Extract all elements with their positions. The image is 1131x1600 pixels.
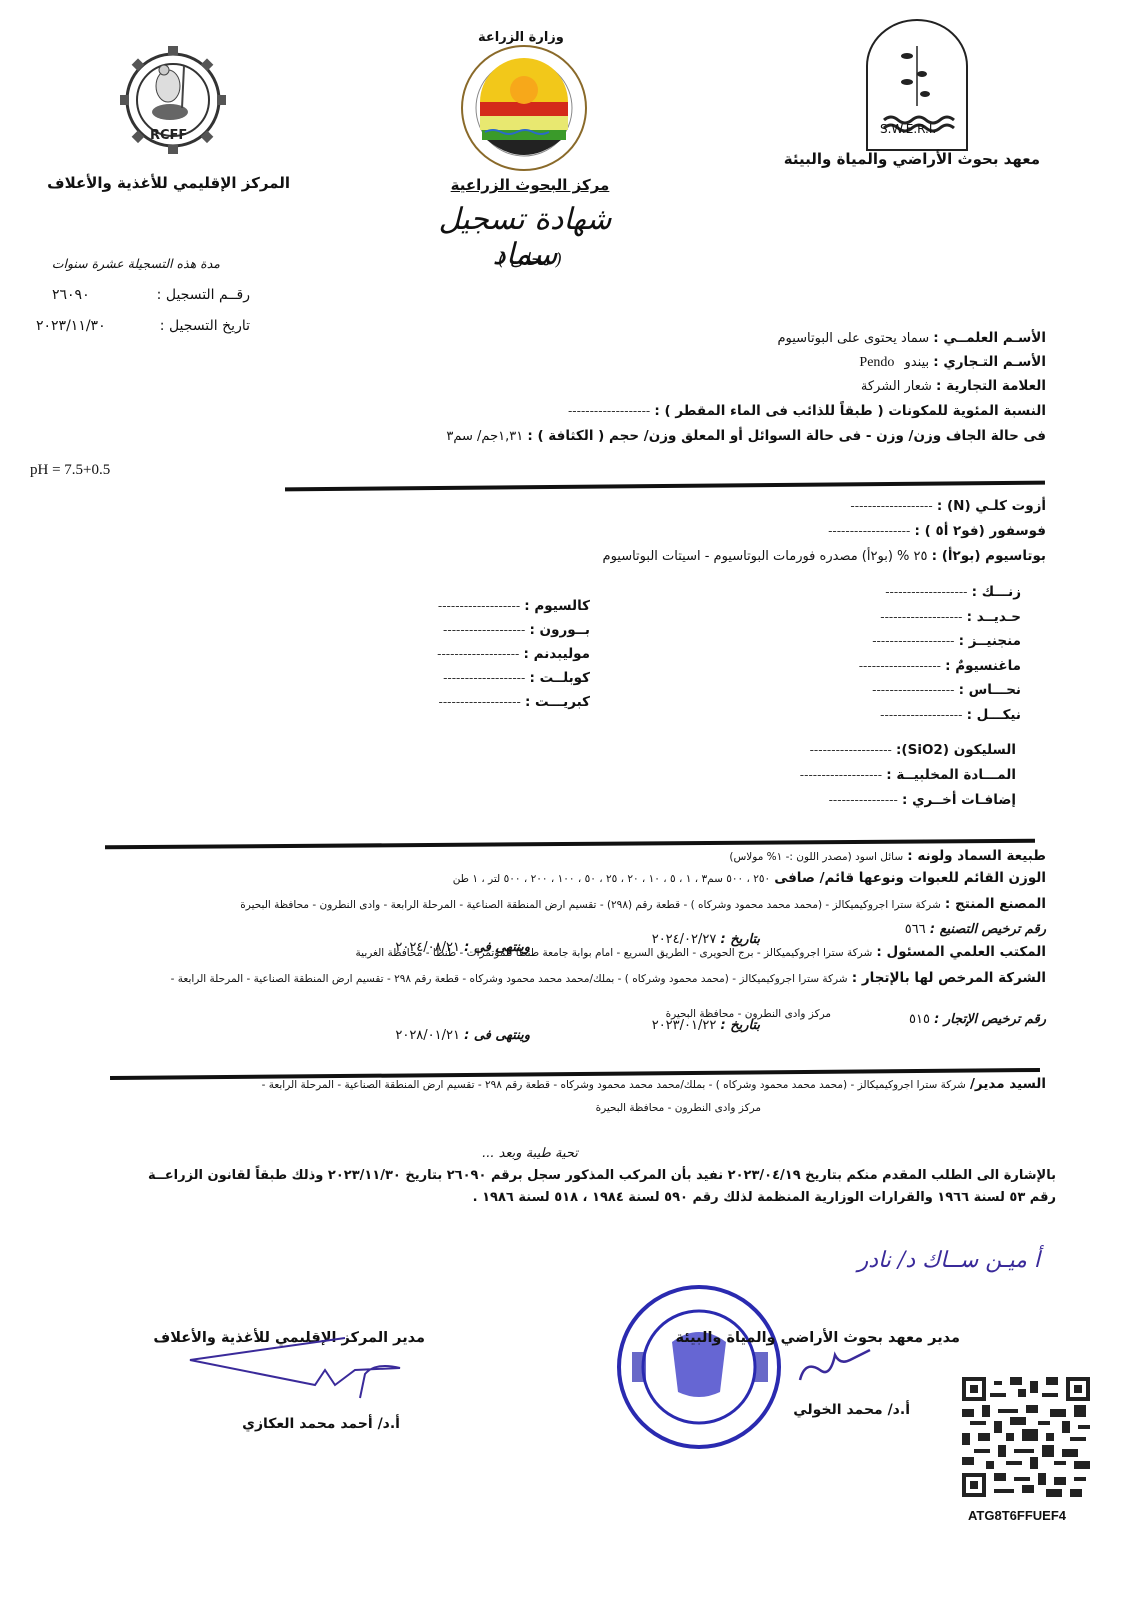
nature-value: سائل اسود (مصدر اللون :- ١% مولاس) [729, 851, 903, 863]
right-signatory-name: أ.د/ محمد الخولي [760, 1402, 910, 1418]
silicon-label: السليكون (SiO2): [896, 742, 1016, 758]
sulfur-value: ------------------- [439, 695, 521, 709]
registration-date-label: تاريخ التسجيل : [140, 318, 250, 334]
ministry-emblem-icon [455, 40, 593, 172]
composition-label: النسبة المئوية للمكونات ( طبقاً للذائب ف… [654, 403, 1046, 419]
trade-license-label: رقم ترخيص الإتجار : [934, 1012, 1046, 1027]
registration-number-value: ٢٦٠٩٠ [52, 287, 90, 303]
boron-value: ------------------- [443, 623, 525, 637]
nitrogen-row: أزوت كلـي (N) : ------------------- [646, 498, 1046, 514]
qr-code-icon [962, 1376, 1090, 1498]
additives-label: إضافـات أخــري : [902, 792, 1016, 808]
signature-scribble-icon [790, 1340, 880, 1390]
trademark-row: العلامة التجارية : شعار الشركة [646, 378, 1046, 394]
signature-scribble-icon [185, 1330, 405, 1400]
micronutrients-right: زنـــك : ------------------- حـديــد : -… [751, 584, 1021, 731]
addressee-label: السيد مدير/ [970, 1076, 1046, 1092]
scientific-name-label: الأسـم العلمــي : [933, 330, 1046, 346]
molybdenum-label: موليبدنم : [524, 646, 590, 662]
licensed-company-label: الشركة المرخص لها بالإتجار : [852, 970, 1046, 986]
potassium-row: بوتاسيوم (بو٢أ) : ٢٥ % (بو٢أ) مصدره فورم… [446, 548, 1046, 564]
density-value: ١,٣١جم/ سم٣ [446, 429, 523, 444]
manganese-value: ------------------- [872, 634, 954, 648]
calcium-row: كالسيوم : ------------------- [340, 598, 590, 622]
molybdenum-row: موليبدنم : ------------------- [340, 646, 590, 670]
silicon-row: السليكون (SiO2): ------------------- [686, 742, 1016, 758]
addressee-address: مركز وادى النطرون - محافظة البحيرة [361, 1102, 761, 1114]
left-signature [185, 1330, 405, 1400]
manufacturer-label: المصنع المنتج : [945, 896, 1046, 912]
trademark-value: شعار الشركة [861, 379, 932, 394]
magnesium-label: ماغنسيومٌ : [945, 658, 1021, 674]
trade-name-row: الأسـم التـجاري : بيندو Pendo [646, 354, 1046, 371]
sweri-logo-text: S.W.E.R.I. [880, 122, 936, 136]
left-org-name: المركز الإقليمي للأغذية والأعلاف [80, 174, 290, 192]
sulfur-row: كبريـــت : ------------------- [340, 694, 590, 718]
composition-value: ------------------- [568, 404, 650, 418]
divider-1 [285, 481, 1045, 492]
packaging-row: الوزن القائم للعبوات ونوعها قائم/ صافى ٢… [46, 870, 1046, 886]
qr-code-label: ATG8T6FFUEF4 [968, 1508, 1066, 1523]
trade-expiry-row: وينتهى فى : ٢٠٢٨/٠١/٢١ [320, 1028, 530, 1043]
cobalt-row: كوبلــت : ------------------- [340, 670, 590, 694]
manganese-row: منجنيــز : ------------------- [751, 633, 1021, 658]
zinc-row: زنـــك : ------------------- [751, 584, 1021, 609]
trade-name-value-ar: بيندو [905, 355, 930, 370]
phosphorus-label: فوسفور (فو٢ أ٥ ) : [914, 523, 1046, 539]
official-stamp [612, 1282, 787, 1452]
nitrogen-label: أزوت كلـي (N) : [937, 498, 1046, 514]
trade-date-value: ٢٠٢٣/٠١/٢٢ [652, 1018, 717, 1033]
packaging-label: الوزن القائم للعبوات ونوعها قائم/ صافى [774, 870, 1046, 886]
trade-date-label: بتاريخ : [720, 1018, 760, 1033]
silicon-value: ------------------- [810, 743, 892, 757]
magnesium-row: ماغنسيومٌ : ------------------- [751, 658, 1021, 683]
nickel-value: ------------------- [880, 708, 962, 722]
iron-label: حـديــد : [967, 609, 1021, 625]
iron-value: ------------------- [880, 610, 962, 624]
validity-note: مدة هذه التسجيلة عشرة سنوات [20, 256, 220, 271]
nickel-row: نيكـــل : ------------------- [751, 707, 1021, 732]
sci-office-label: المكتب العلمي المسئول : [876, 944, 1046, 960]
ministry-logo [455, 40, 593, 172]
cobalt-label: كوبلــت : [529, 670, 590, 686]
gear-logo-icon [118, 38, 228, 168]
trade-date-row: بتاريخ : ٢٠٢٣/٠١/٢٢ [560, 1018, 760, 1033]
center-org-name: مركز البحوث الزراعية [445, 176, 615, 194]
registration-date-value: ٢٠٢٣/١١/٣٠ [36, 318, 106, 334]
trade-expiry-value: ٢٠٢٨/٠١/٢١ [395, 1028, 460, 1043]
mfg-license-row: رقم ترخيص التصنيع : ٥٦٦ [726, 922, 1046, 937]
left-signatory-name: أ.د/ أحمد محمد العكازي [220, 1416, 400, 1432]
nitrogen-value: ------------------- [850, 499, 932, 513]
rcff-logo [118, 38, 228, 168]
letter-body-line-2: رقم ٥٣ لسنة ١٩٦٦ والقرارات الوزارية المن… [56, 1190, 1056, 1205]
rcff-logo-text: RCFF [150, 128, 187, 143]
scientific-name-value: سماد يحتوى على البوتاسيوم [777, 331, 929, 346]
scientific-name-row: الأسـم العلمــي : سماد يحتوى على البوتاس… [646, 330, 1046, 346]
iron-row: حـديــد : ------------------- [751, 609, 1021, 634]
manufacturer-row: المصنع المنتج : شركة سترا اجروكيميكالز -… [46, 896, 1046, 912]
right-signature [790, 1340, 880, 1390]
qr-code[interactable] [962, 1376, 1090, 1498]
nature-row: طبيعة السماد ولونه : سائل اسود (مصدر الل… [346, 848, 1046, 864]
composition-row: النسبة المئوية للمكونات ( طبقاً للذائب ف… [446, 403, 1046, 419]
copper-row: نحـــاس : ------------------- [751, 682, 1021, 707]
phosphorus-value: ------------------- [828, 524, 910, 538]
packaging-value: ٢٥٠ ، ٥٠٠ سم٣ ، ١ ، ٥ ، ١٠ ، ٢٠ ، ٢٥ ، ٥… [453, 873, 770, 885]
sulfur-label: كبريـــت : [525, 694, 590, 710]
licensed-company-value: شركة سترا اجروكيميكالز - (محمد محمود وشر… [171, 973, 848, 985]
manganese-label: منجنيــز : [959, 633, 1021, 649]
sci-office-row: المكتب العلمي المسئول : شركة سترا اجروكي… [246, 944, 1046, 960]
copper-value: ------------------- [872, 683, 954, 697]
addressee-value: شركة سترا اجروكيميكالز - (محمد محمد محمو… [262, 1079, 966, 1091]
mfg-license-value: ٥٦٦ [905, 922, 926, 937]
copper-label: نحـــاس : [959, 682, 1021, 698]
additives-value: ---------------- [829, 793, 898, 807]
right-org-name: معهد بحوث الأراضي والمياة والبيئة [790, 150, 1040, 168]
trade-name-value-en: Pendo [859, 355, 894, 370]
licensed-company-row: الشركة المرخص لها بالإتجار : شركة سترا ا… [26, 970, 1046, 986]
calcium-value: ------------------- [438, 599, 520, 613]
boron-row: بــورون : ------------------- [340, 622, 590, 646]
addressee-row: السيد مدير/ شركة سترا اجروكيميكالز - (مح… [46, 1076, 1046, 1092]
registration-number-label: رقــم التسجيل : [150, 287, 250, 303]
boron-label: بــورون : [529, 622, 590, 638]
trade-expiry-label: وينتهى فى : [464, 1028, 530, 1043]
chelating-label: المـــادة المخلبيــة : [886, 767, 1016, 783]
density-row: فى حالة الجاف وزن/ وزن - فى حالة السوائل… [346, 428, 1046, 444]
trade-license-value: ٥١٥ [909, 1012, 930, 1027]
zinc-label: زنـــك : [972, 584, 1021, 600]
calcium-label: كالسيوم : [524, 598, 590, 614]
potassium-label: بوتاسيوم (بو٢أ) : [932, 548, 1046, 564]
trade-name-label: الأسـم التـجاري : [933, 354, 1046, 370]
potassium-value: ٢٥ % (بو٢أ) مصدره فورمات البوتاسيوم - اس… [603, 549, 928, 564]
letter-body-line-1: بالإشارة الى الطلب المقدم منكم بتاريخ ٢٠… [56, 1168, 1056, 1183]
molybdenum-value: ------------------- [437, 647, 519, 661]
phosphorus-row: فوسفور (فو٢ أ٥ ) : ------------------- [646, 523, 1046, 539]
ministry-name: وزارة الزراعة [478, 30, 564, 45]
micronutrients-left: كالسيوم : ------------------- بــورون : … [340, 598, 590, 718]
density-label: فى حالة الجاف وزن/ وزن - فى حالة السوائل… [527, 428, 1046, 444]
document-subtitle: ( محلى ) [480, 250, 580, 270]
handwritten-note: أ ميـن ســاك د/ نادر [720, 1248, 1040, 1273]
zinc-value: ------------------- [885, 585, 967, 599]
ph-value: pH = 7.5+0.5 [30, 462, 110, 479]
nickel-label: نيكـــل : [967, 707, 1021, 723]
chelating-row: المـــادة المخلبيــة : -----------------… [686, 767, 1016, 783]
sci-office-value: شركة سترا اجروكيميكالز - برج الحويرى - ا… [356, 947, 873, 959]
chelating-value: ------------------- [800, 768, 882, 782]
trade-license-row: رقم ترخيص الإتجار : ٥١٥ [726, 1012, 1046, 1027]
nature-label: طبيعة السماد ولونه : [907, 848, 1046, 864]
mfg-license-label: رقم ترخيص التصنيع : [930, 922, 1046, 937]
cobalt-value: ------------------- [443, 671, 525, 685]
magnesium-value: ------------------- [859, 659, 941, 673]
greeting: تحية طيبة وبعد ... [430, 1146, 630, 1161]
additives-row: إضافـات أخــري : ---------------- [686, 792, 1016, 808]
manufacturer-value: شركة سترا اجروكيميكالز - (محمد محمد محمو… [240, 899, 940, 911]
trademark-label: العلامة التجارية : [936, 378, 1046, 394]
stamp-eagle-icon [612, 1282, 787, 1452]
